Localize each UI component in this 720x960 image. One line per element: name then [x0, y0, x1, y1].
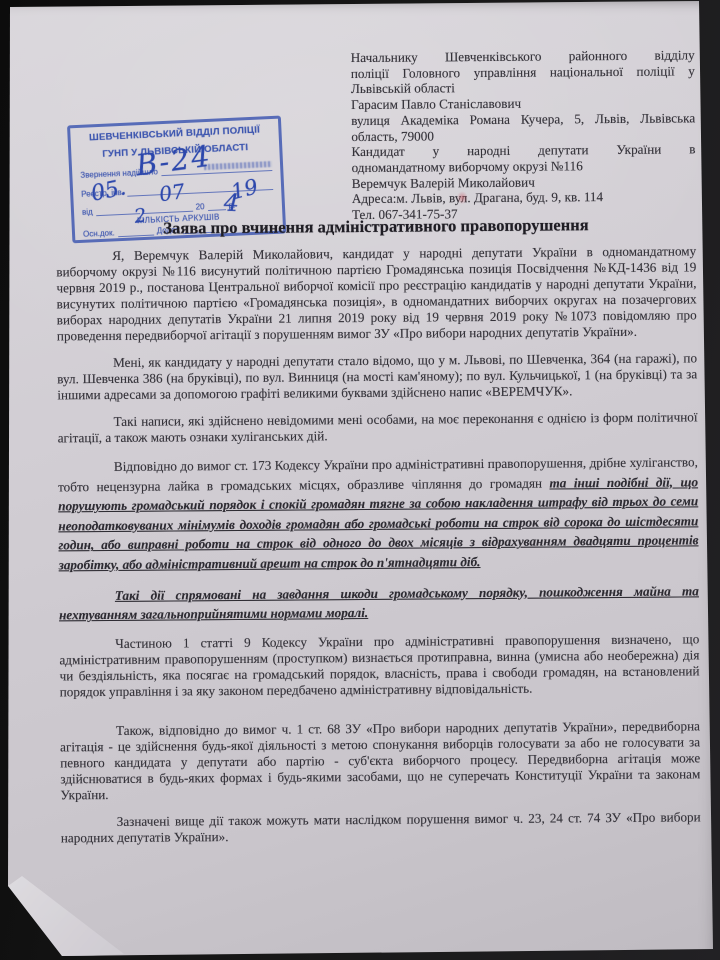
- stamp-date-label: від: [82, 207, 93, 216]
- paragraph-harm-statement-text: Такі дії спрямовані на завдання шкоди гр…: [59, 583, 699, 623]
- red-ink-smudge: [457, 191, 468, 204]
- paragraph-intro: Я, Веремчук Валерій Миколайович, кандида…: [56, 243, 697, 344]
- handwritten-attachment-count: 4: [223, 189, 239, 218]
- recipient-line: вулиця Академіка Романа Кучера, 5, Львів…: [351, 110, 695, 128]
- recipient-line: поліції Головного управління національно…: [351, 63, 695, 81]
- photo-background: Начальнику Шевченківського районного від…: [0, 0, 720, 960]
- paragraph-facts: Мені, як кандидату у народні депутати ст…: [57, 350, 697, 403]
- recipient-block: Начальнику Шевченківського районного від…: [351, 47, 696, 222]
- handwritten-day: 05.: [89, 175, 128, 207]
- paragraph-harm-statement: Такі дії спрямовані на завдання шкоди гр…: [59, 581, 699, 625]
- paragraph-opinion: Такі написи, які здійснено невідомими ме…: [57, 409, 697, 446]
- paragraph-article-74: Зазначені вище дії також можуть мати нас…: [61, 809, 701, 846]
- paragraph-article-9: Частиною 1 статті 9 Кодексу України про …: [59, 631, 699, 700]
- document-content: Начальнику Шевченківського районного від…: [0, 0, 720, 960]
- document-page: Начальнику Шевченківського районного від…: [0, 0, 720, 960]
- stamp-year-prefix: 20: [195, 202, 204, 211]
- handwritten-registration-number: В-24: [134, 139, 214, 183]
- paragraph-article-173: Відповідно до вимог ст. 173 Кодексу Укра…: [58, 452, 699, 575]
- document-body: Заява про вчинення адміністративного пра…: [56, 216, 701, 846]
- paragraph-article-68: Також, відповідно до вимог ч. 1 ст. 68 З…: [60, 718, 701, 803]
- recipient-line: Кандидат у народні депутати України в: [351, 142, 695, 160]
- handwritten-month: 07: [158, 179, 187, 207]
